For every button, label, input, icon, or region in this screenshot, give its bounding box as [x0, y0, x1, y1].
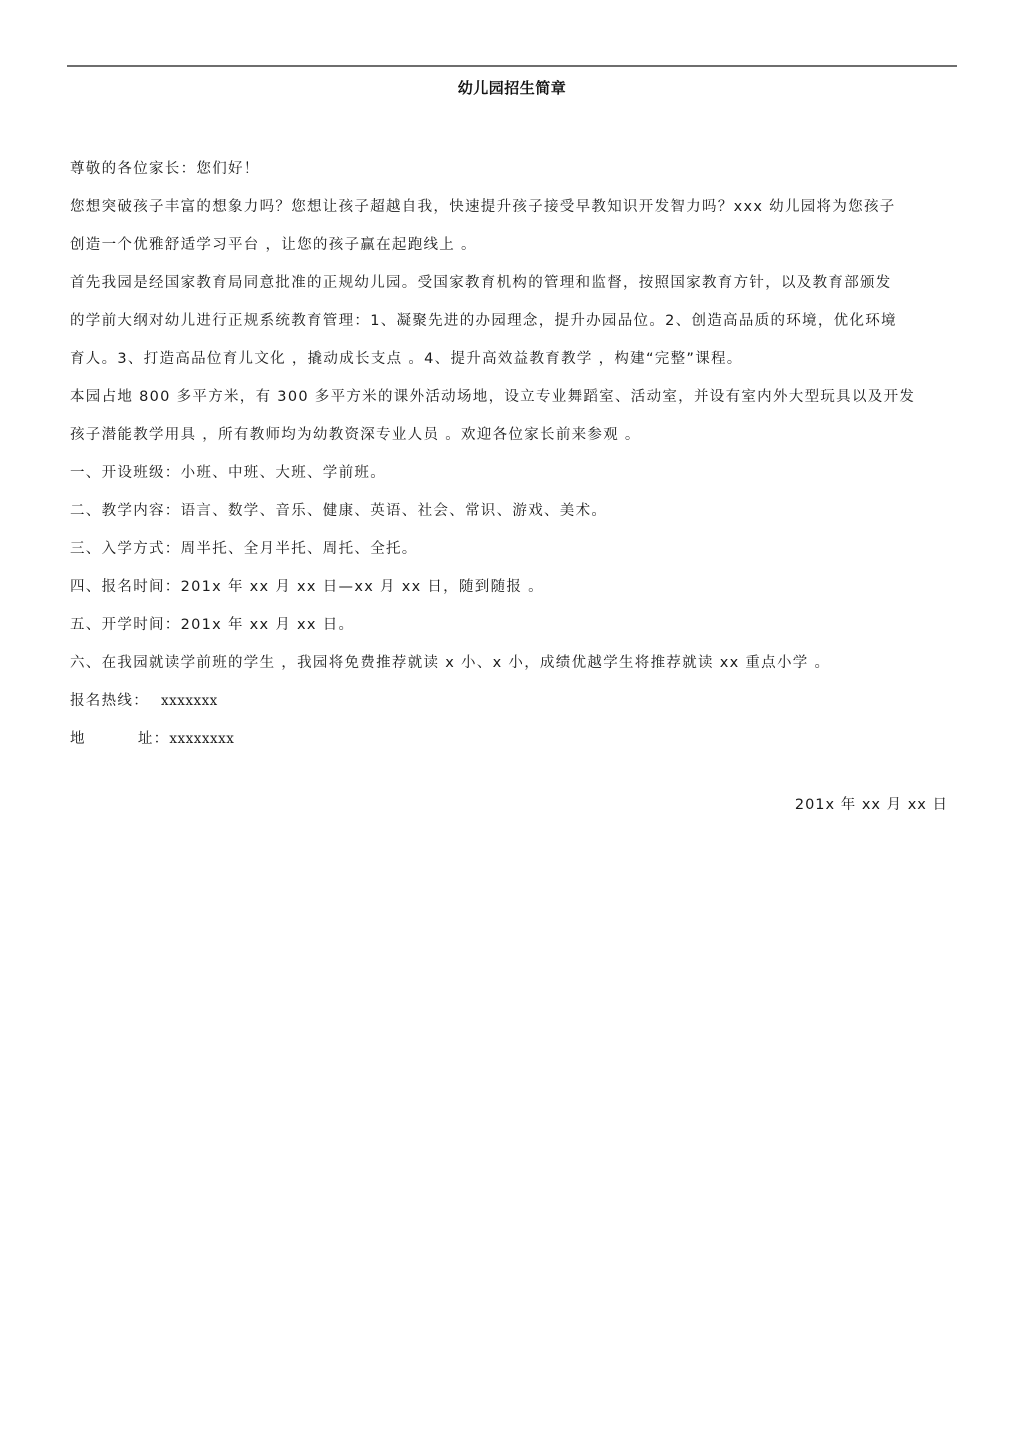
document-date: 201x 年 xx 月 xx 日 [795, 793, 948, 814]
facility-line: 孩子潜能教学用具 ，所有教师均为幼教资深专业人员 。欢迎各位家长前来参观 。 [70, 416, 958, 454]
address-label-1: 地 [70, 720, 86, 758]
item-registration-time: 四、报名时间：201x 年 xx 月 xx 日—xx 月 xx 日，随到随报 。 [70, 568, 958, 606]
about-line: 育人。3、打造高品位育儿文化 ，撬动成长支点 。4、提升高效益教育教学 ，构建“… [70, 340, 958, 378]
header-rule [67, 65, 957, 67]
facility-paragraph: 本园占地 800 多平方米，有 300 多平方米的课外活动场地，设立专业舞蹈室、… [70, 378, 958, 454]
intro-paragraph: 您想突破孩子丰富的想象力吗？您想让孩子超越自我，快速提升孩子接受早教知识开发智力… [70, 188, 958, 264]
item-classes: 一、开设班级：小班、中班、大班、学前班。 [70, 454, 958, 492]
greeting: 尊敬的各位家长：您们好！ [70, 150, 958, 188]
about-paragraph: 首先我园是经国家教育局同意批准的正规幼儿园。受国家教育机构的管理和监督，按照国家… [70, 264, 958, 378]
hotline-row: 报名热线：xxxxxxx [70, 682, 958, 720]
item-curriculum: 二、教学内容：语言、数学、音乐、健康、英语、社会、常识、游戏、美术。 [70, 492, 958, 530]
document-title: 幼儿园招生简章 [0, 77, 1024, 98]
address-label-2: 址： [138, 720, 170, 758]
intro-line: 您想突破孩子丰富的想象力吗？您想让孩子超越自我，快速提升孩子接受早教知识开发智力… [70, 188, 958, 226]
about-line: 首先我园是经国家教育局同意批准的正规幼儿园。受国家教育机构的管理和监督，按照国家… [70, 264, 958, 302]
address-row: 地址：xxxxxxxx [70, 720, 958, 758]
intro-line: 创造一个优雅舒适学习平台 ，让您的孩子赢在起跑线上 。 [70, 226, 958, 264]
document-body: 尊敬的各位家长：您们好！ 您想突破孩子丰富的想象力吗？您想让孩子超越自我，快速提… [70, 150, 958, 758]
item-recommendation: 六、在我园就读学前班的学生 ，我园将免费推荐就读 x 小、x 小，成绩优越学生将… [70, 644, 958, 682]
facility-line: 本园占地 800 多平方米，有 300 多平方米的课外活动场地，设立专业舞蹈室、… [70, 378, 958, 416]
hotline-label: 报名热线： [70, 682, 149, 720]
about-line: 的学前大纲对幼儿进行正规系统教育管理：1、凝聚先进的办园理念，提升办园品位。2、… [70, 302, 958, 340]
item-start-time: 五、开学时间：201x 年 xx 月 xx 日。 [70, 606, 958, 644]
address-value: xxxxxxxx [169, 731, 234, 747]
hotline-value: xxxxxxx [161, 693, 218, 709]
item-enrollment-mode: 三、入学方式：周半托、全月半托、周托、全托。 [70, 530, 958, 568]
